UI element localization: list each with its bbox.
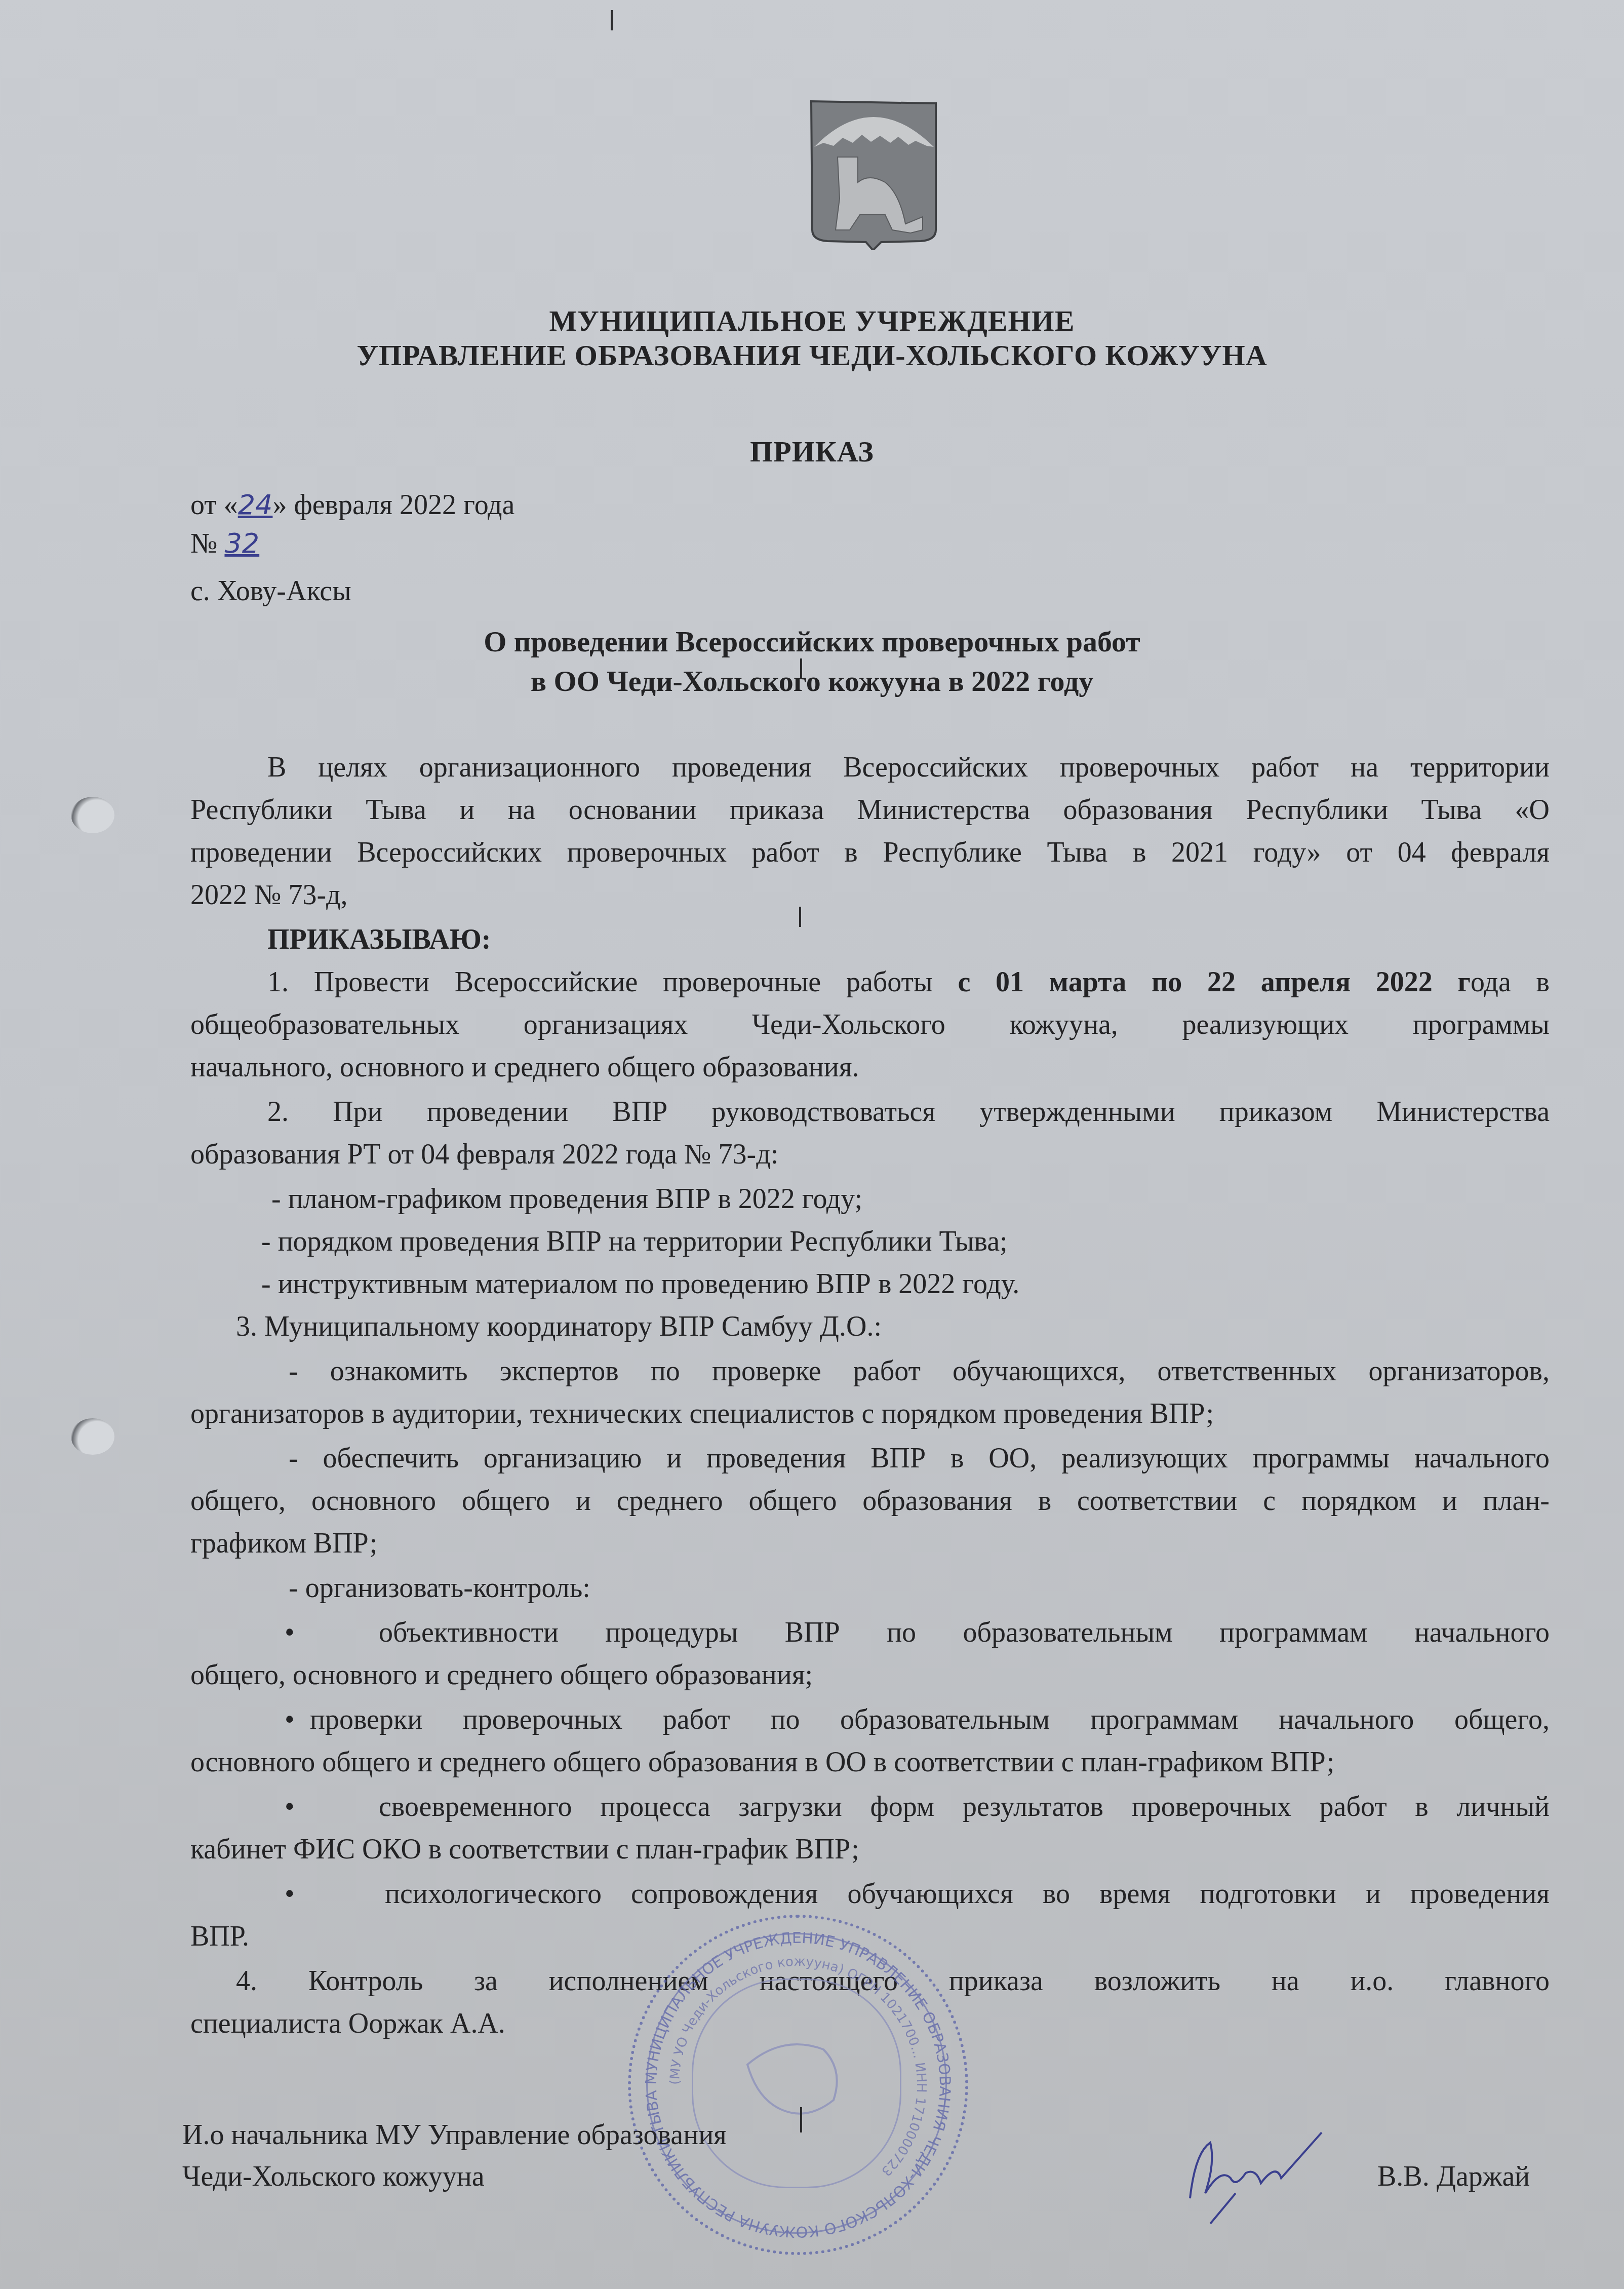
- item2-subitem: - планом-графиком проведения ВПР в 2022 …: [271, 1181, 862, 1217]
- order-place: с. Хову-Аксы: [190, 573, 351, 609]
- official-seal-stamp: МУНИЦИПАЛЬНОЕ УЧРЕЖДЕНИЕ УПРАВЛЕНИЕ ОБРА…: [628, 1915, 968, 2255]
- item2-line1: 2. При проведении ВПР руководствоваться …: [267, 1094, 1550, 1130]
- order-title-line2: в ОО Чеди-Хольского кожууна в 2022 году: [0, 664, 1624, 699]
- item3-sub2-line2: общего, основного общего и среднего обще…: [190, 1483, 1550, 1519]
- order-number-handwritten: 32: [224, 527, 259, 559]
- item2-subitem: - порядком проведения ВПР на территории …: [261, 1224, 1008, 1259]
- number-prefix: №: [190, 528, 217, 559]
- order-date: от «24» февраля 2022 года: [190, 487, 514, 523]
- punch-hole-top: [71, 797, 114, 833]
- svg-text:МУНИЦИПАЛЬНОЕ УЧРЕЖДЕНИЕ УПРАВ: МУНИЦИПАЛЬНОЕ УЧРЕЖДЕНИЕ УПРАВЛЕНИЕ ОБРА…: [643, 1929, 954, 2240]
- order-word: ПРИКАЗЫВАЮ:: [267, 922, 491, 957]
- date-prefix: от «: [190, 489, 238, 521]
- item1-line3: начального, основного и среднего общего …: [190, 1050, 859, 1085]
- bullet-item-line2: кабинет ФИС ОКО в соответствии с план-гр…: [190, 1832, 859, 1867]
- scan-mark: [799, 907, 801, 927]
- snow-leopard-emblem-icon: [809, 97, 938, 250]
- bullet-item-line2: основного общего и среднего общего образ…: [190, 1744, 1334, 1780]
- scan-mark: [800, 658, 802, 679]
- bullet-icon: •: [285, 1876, 295, 1912]
- institution-name-line1: МУНИЦИПАЛЬНОЕ УЧРЕЖДЕНИЕ: [0, 304, 1624, 338]
- scan-mark: [800, 2107, 802, 2132]
- preamble-line: проведении Всероссийских проверочных раб…: [190, 835, 1550, 870]
- bullet-icon: •: [285, 1789, 295, 1825]
- preamble-line: В целях организационного проведения Всер…: [267, 750, 1550, 785]
- bullet-item-line1: проверки проверочных работ по образовате…: [310, 1702, 1550, 1737]
- preamble-line: Республики Тыва и на основании приказа М…: [190, 792, 1550, 828]
- bullet-icon: •: [285, 1615, 295, 1650]
- bullet-item-line2: ВПР.: [190, 1919, 249, 1954]
- institution-name-line2: УПРАВЛЕНИЕ ОБРАЗОВАНИЯ ЧЕДИ-ХОЛЬСКОГО КО…: [0, 338, 1624, 372]
- handwritten-signature-icon: [1175, 2122, 1327, 2224]
- bullet-item-line1: объективности процедуры ВПР по образоват…: [379, 1615, 1550, 1650]
- bullet-item-line2: общего, основного и среднего общего обра…: [190, 1657, 813, 1693]
- item1-line2: общеобразовательных организациях Чеди-Хо…: [190, 1007, 1550, 1042]
- item3-line1: 3. Муниципальному координатору ВПР Самбу…: [236, 1309, 882, 1344]
- signatory-position-line1: И.о начальника МУ Управление образования: [182, 2117, 727, 2153]
- punch-hole-bottom: [71, 1418, 114, 1455]
- order-title-line1: О проведении Всероссийских проверочных р…: [0, 624, 1624, 659]
- order-number: № 32: [190, 526, 259, 561]
- bullet-item-line1: психологического сопровождения обучающих…: [385, 1876, 1550, 1912]
- item3-sub3: - организовать-контроль:: [289, 1570, 590, 1606]
- item2-line2: образования РТ от 04 февраля 2022 года №…: [190, 1137, 778, 1172]
- item4-line2: специалиста Ооржак А.А.: [190, 2006, 505, 2041]
- round-official-seal-icon: МУНИЦИПАЛЬНОЕ УЧРЕЖДЕНИЕ УПРАВЛЕНИЕ ОБРА…: [631, 1918, 965, 2252]
- date-day-handwritten: 24: [238, 489, 273, 521]
- item3-sub1-line1: - ознакомить экспертов по проверке работ…: [289, 1353, 1550, 1389]
- item3-sub2-line3: графиком ВПР;: [190, 1526, 377, 1561]
- scan-mark: [611, 10, 613, 30]
- item1-line1: 1. Провести Всероссийские проверочные ра…: [267, 964, 1550, 1000]
- item2-subitem: - инструктивным материалом по проведению…: [261, 1266, 1019, 1302]
- signatory-position-line2: Чеди-Хольского кожууна: [182, 2159, 485, 2194]
- bullet-item-line1: своевременного процесса загрузки форм ре…: [379, 1789, 1550, 1825]
- item1-dates: с 01 марта по 22 апреля 2022 г: [958, 966, 1471, 998]
- preamble-line: 2022 № 73-д,: [190, 877, 348, 913]
- document-type: ПРИКАЗ: [0, 435, 1624, 469]
- date-suffix: » февраля 2022 года: [272, 489, 514, 521]
- item3-sub1-line2: организаторов в аудитории, технических с…: [190, 1396, 1214, 1431]
- signatory-name: В.В. Даржай: [1377, 2159, 1530, 2194]
- bullet-icon: •: [285, 1702, 295, 1737]
- item3-sub2-line1: - обеспечить организацию и проведения ВП…: [289, 1441, 1550, 1476]
